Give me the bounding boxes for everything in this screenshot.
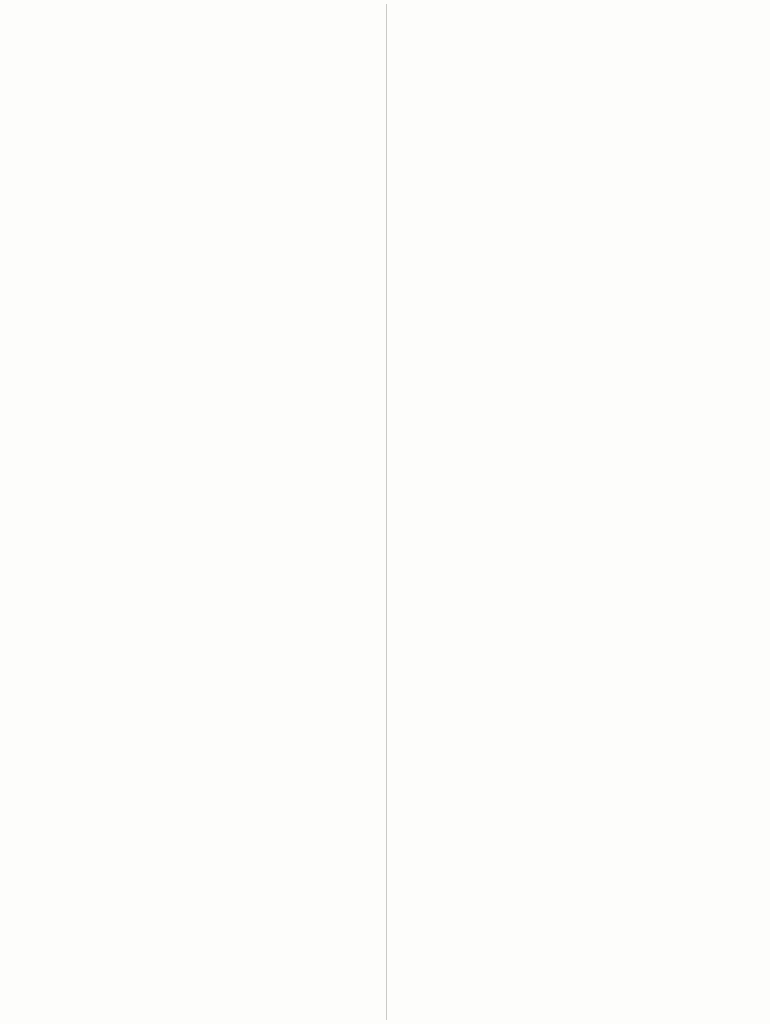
document-page: [0, 0, 770, 1024]
column-divider: [386, 4, 387, 1020]
